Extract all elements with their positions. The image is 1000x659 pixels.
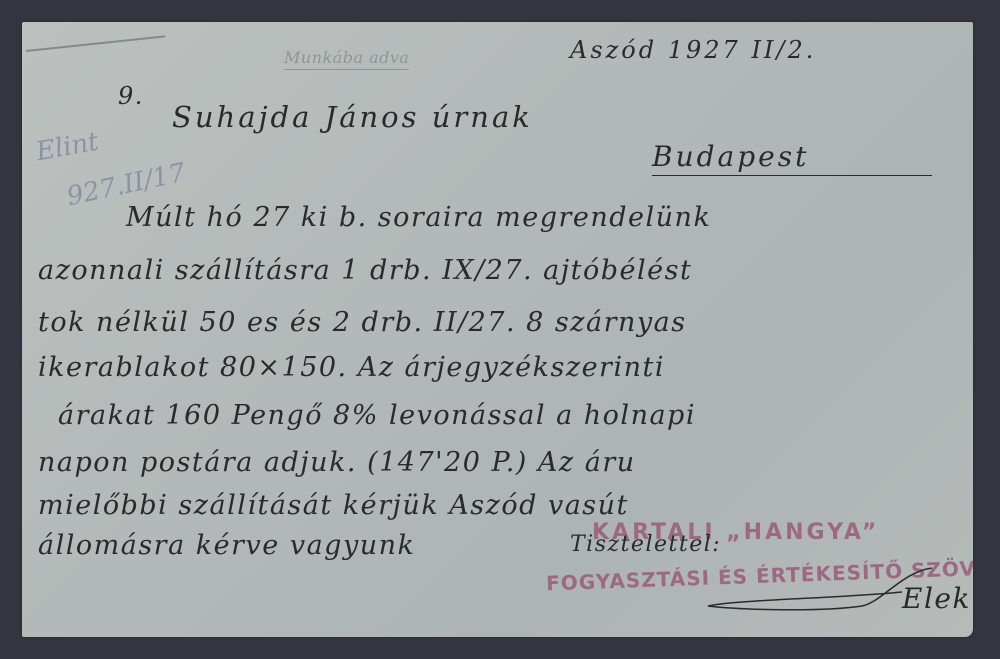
place-date: Aszód 1927 II/2. bbox=[570, 36, 816, 64]
body-line: ikerablakot 80×150. Az árjegyzékszerinti bbox=[38, 352, 665, 383]
body-line: napon postára adjuk. (147'20 P.) Az áru bbox=[38, 447, 636, 478]
body-line: mielőbbi szállítását kérjük Aszód vasút bbox=[38, 490, 629, 521]
body-line: árakat 160 Pengő 8% levonással a holnapi bbox=[58, 400, 696, 431]
body-line: tok nélkül 50 es és 2 drb. II/27. 8 szár… bbox=[38, 307, 687, 338]
signature-flourish bbox=[702, 562, 942, 612]
closing: Tisztelettel: bbox=[570, 532, 721, 557]
body-line: Múlt hó 27 ki b. soraira megrendelünk bbox=[126, 202, 711, 233]
body-line: azonnali szállításra 1 drb. IX/27. ajtób… bbox=[38, 255, 692, 286]
corner-crease bbox=[26, 35, 165, 52]
body-line: állomásra kérve vagyunk bbox=[38, 530, 415, 561]
folio-mark: 9. bbox=[118, 82, 144, 110]
pencil-annotation-line1: Elint bbox=[34, 127, 101, 167]
addressee-city: Budapest bbox=[652, 140, 932, 176]
postcard: Munkába adva Aszód 1927 II/2. 9. Elint 9… bbox=[22, 22, 973, 637]
addressee-name: Suhajda János úrnak bbox=[172, 100, 533, 134]
pencil-note-top: Munkába adva bbox=[284, 48, 409, 70]
